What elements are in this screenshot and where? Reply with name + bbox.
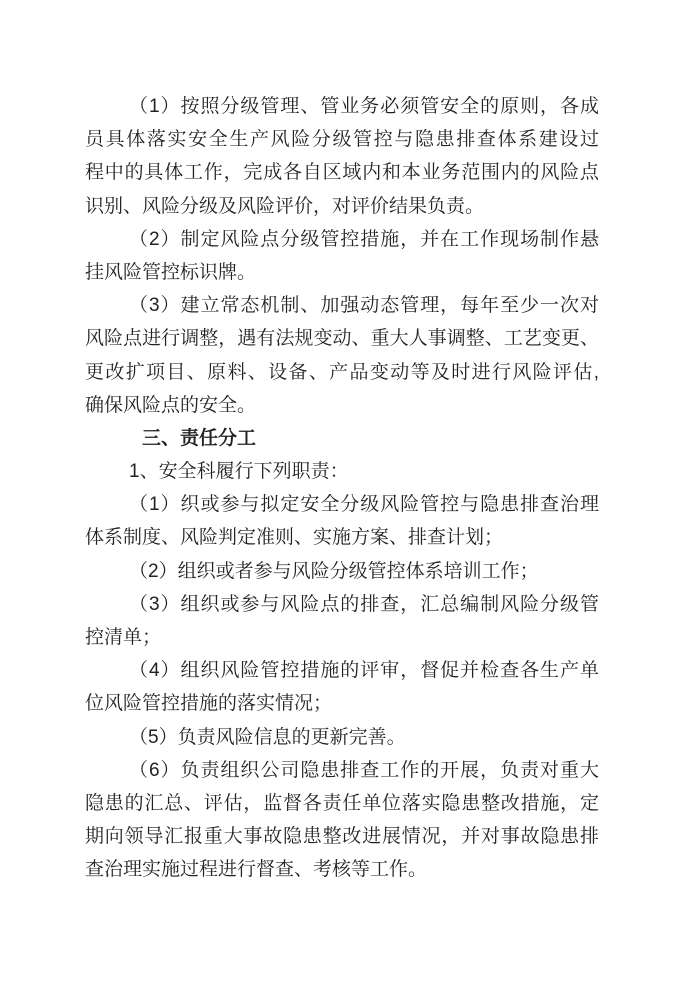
text-line: 识别、风险分级及风险评价，对评价结果负责。 bbox=[85, 190, 599, 223]
text-line: （6）负责组织公司隐患排查工作的开展，负责对重大 bbox=[85, 754, 599, 787]
paragraph-duty-6: （6）负责组织公司隐患排查工作的开展，负责对重大 隐患的汇总、评估，监督各责任单… bbox=[85, 754, 599, 887]
text-line: 员具体落实安全生产风险分级管控与隐患排查体系建设过 bbox=[85, 123, 599, 156]
text-line: 控清单； bbox=[85, 621, 599, 654]
section-heading: 三、责任分工 bbox=[85, 422, 599, 455]
text-line: （1）按照分级管理、管业务必须管安全的原则，各成 bbox=[85, 90, 599, 123]
paragraph-clause-2: （2）制定风险点分级管控措施，并在工作现场制作悬 挂风险管控标识牌。 bbox=[85, 223, 599, 289]
text-line: （3）建立常态机制、加强动态管理，每年至少一次对 bbox=[85, 289, 599, 322]
text-line: （2）制定风险点分级管控措施，并在工作现场制作悬 bbox=[85, 223, 599, 256]
text-line: 确保风险点的安全。 bbox=[85, 389, 599, 422]
section-heading-responsibility: 三、责任分工 bbox=[85, 422, 599, 455]
paragraph-duty-5: （5）负责风险信息的更新完善。 bbox=[85, 721, 599, 754]
text-line: （2）组织或者参与风险分级管控体系培训工作； bbox=[85, 555, 599, 588]
paragraph-clause-3: （3）建立常态机制、加强动态管理，每年至少一次对 风险点进行调整，遇有法规变动、… bbox=[85, 289, 599, 422]
text-line: （3）组织或参与风险点的排查，汇总编制风险分级管 bbox=[85, 588, 599, 621]
text-line: 体系制度、风险判定准则、实施方案、排查计划； bbox=[85, 521, 599, 554]
text-line: 期向领导汇报重大事故隐患整改进展情况，并对事故隐患排 bbox=[85, 820, 599, 853]
paragraph-duty-1: （1）织或参与拟定安全分级风险管控与隐患排查治理 体系制度、风险判定准则、实施方… bbox=[85, 488, 599, 554]
text-line: 1、安全科履行下列职责： bbox=[85, 455, 599, 488]
text-line: （5）负责风险信息的更新完善。 bbox=[85, 721, 599, 754]
document-page: （1）按照分级管理、管业务必须管安全的原则，各成 员具体落实安全生产风险分级管控… bbox=[0, 0, 700, 990]
paragraph-duty-3: （3）组织或参与风险点的排查，汇总编制风险分级管 控清单； bbox=[85, 588, 599, 654]
text-line: （1）织或参与拟定安全分级风险管控与隐患排查治理 bbox=[85, 488, 599, 521]
paragraph-duty-2: （2）组织或者参与风险分级管控体系培训工作； bbox=[85, 555, 599, 588]
text-line: （4）组织风险管控措施的评审，督促并检查各生产单 bbox=[85, 654, 599, 687]
text-line: 位风险管控措施的落实情况； bbox=[85, 687, 599, 720]
text-line: 更改扩项目、原料、设备、产品变动等及时进行风险评估, bbox=[85, 356, 599, 389]
paragraph-safety-dept-intro: 1、安全科履行下列职责： bbox=[85, 455, 599, 488]
text-line: 隐患的汇总、评估，监督各责任单位落实隐患整改措施，定 bbox=[85, 787, 599, 820]
document-body: （1）按照分级管理、管业务必须管安全的原则，各成 员具体落实安全生产风险分级管控… bbox=[85, 90, 599, 887]
text-line: 查治理实施过程进行督查、考核等工作。 bbox=[85, 853, 599, 886]
paragraph-clause-1: （1）按照分级管理、管业务必须管安全的原则，各成 员具体落实安全生产风险分级管控… bbox=[85, 90, 599, 223]
text-line: 风险点进行调整，遇有法规变动、重大人事调整、工艺变更、 bbox=[85, 322, 599, 355]
text-line: 程中的具体工作，完成各自区域内和本业务范围内的风险点 bbox=[85, 156, 599, 189]
text-line: 挂风险管控标识牌。 bbox=[85, 256, 599, 289]
paragraph-duty-4: （4）组织风险管控措施的评审，督促并检查各生产单 位风险管控措施的落实情况； bbox=[85, 654, 599, 720]
